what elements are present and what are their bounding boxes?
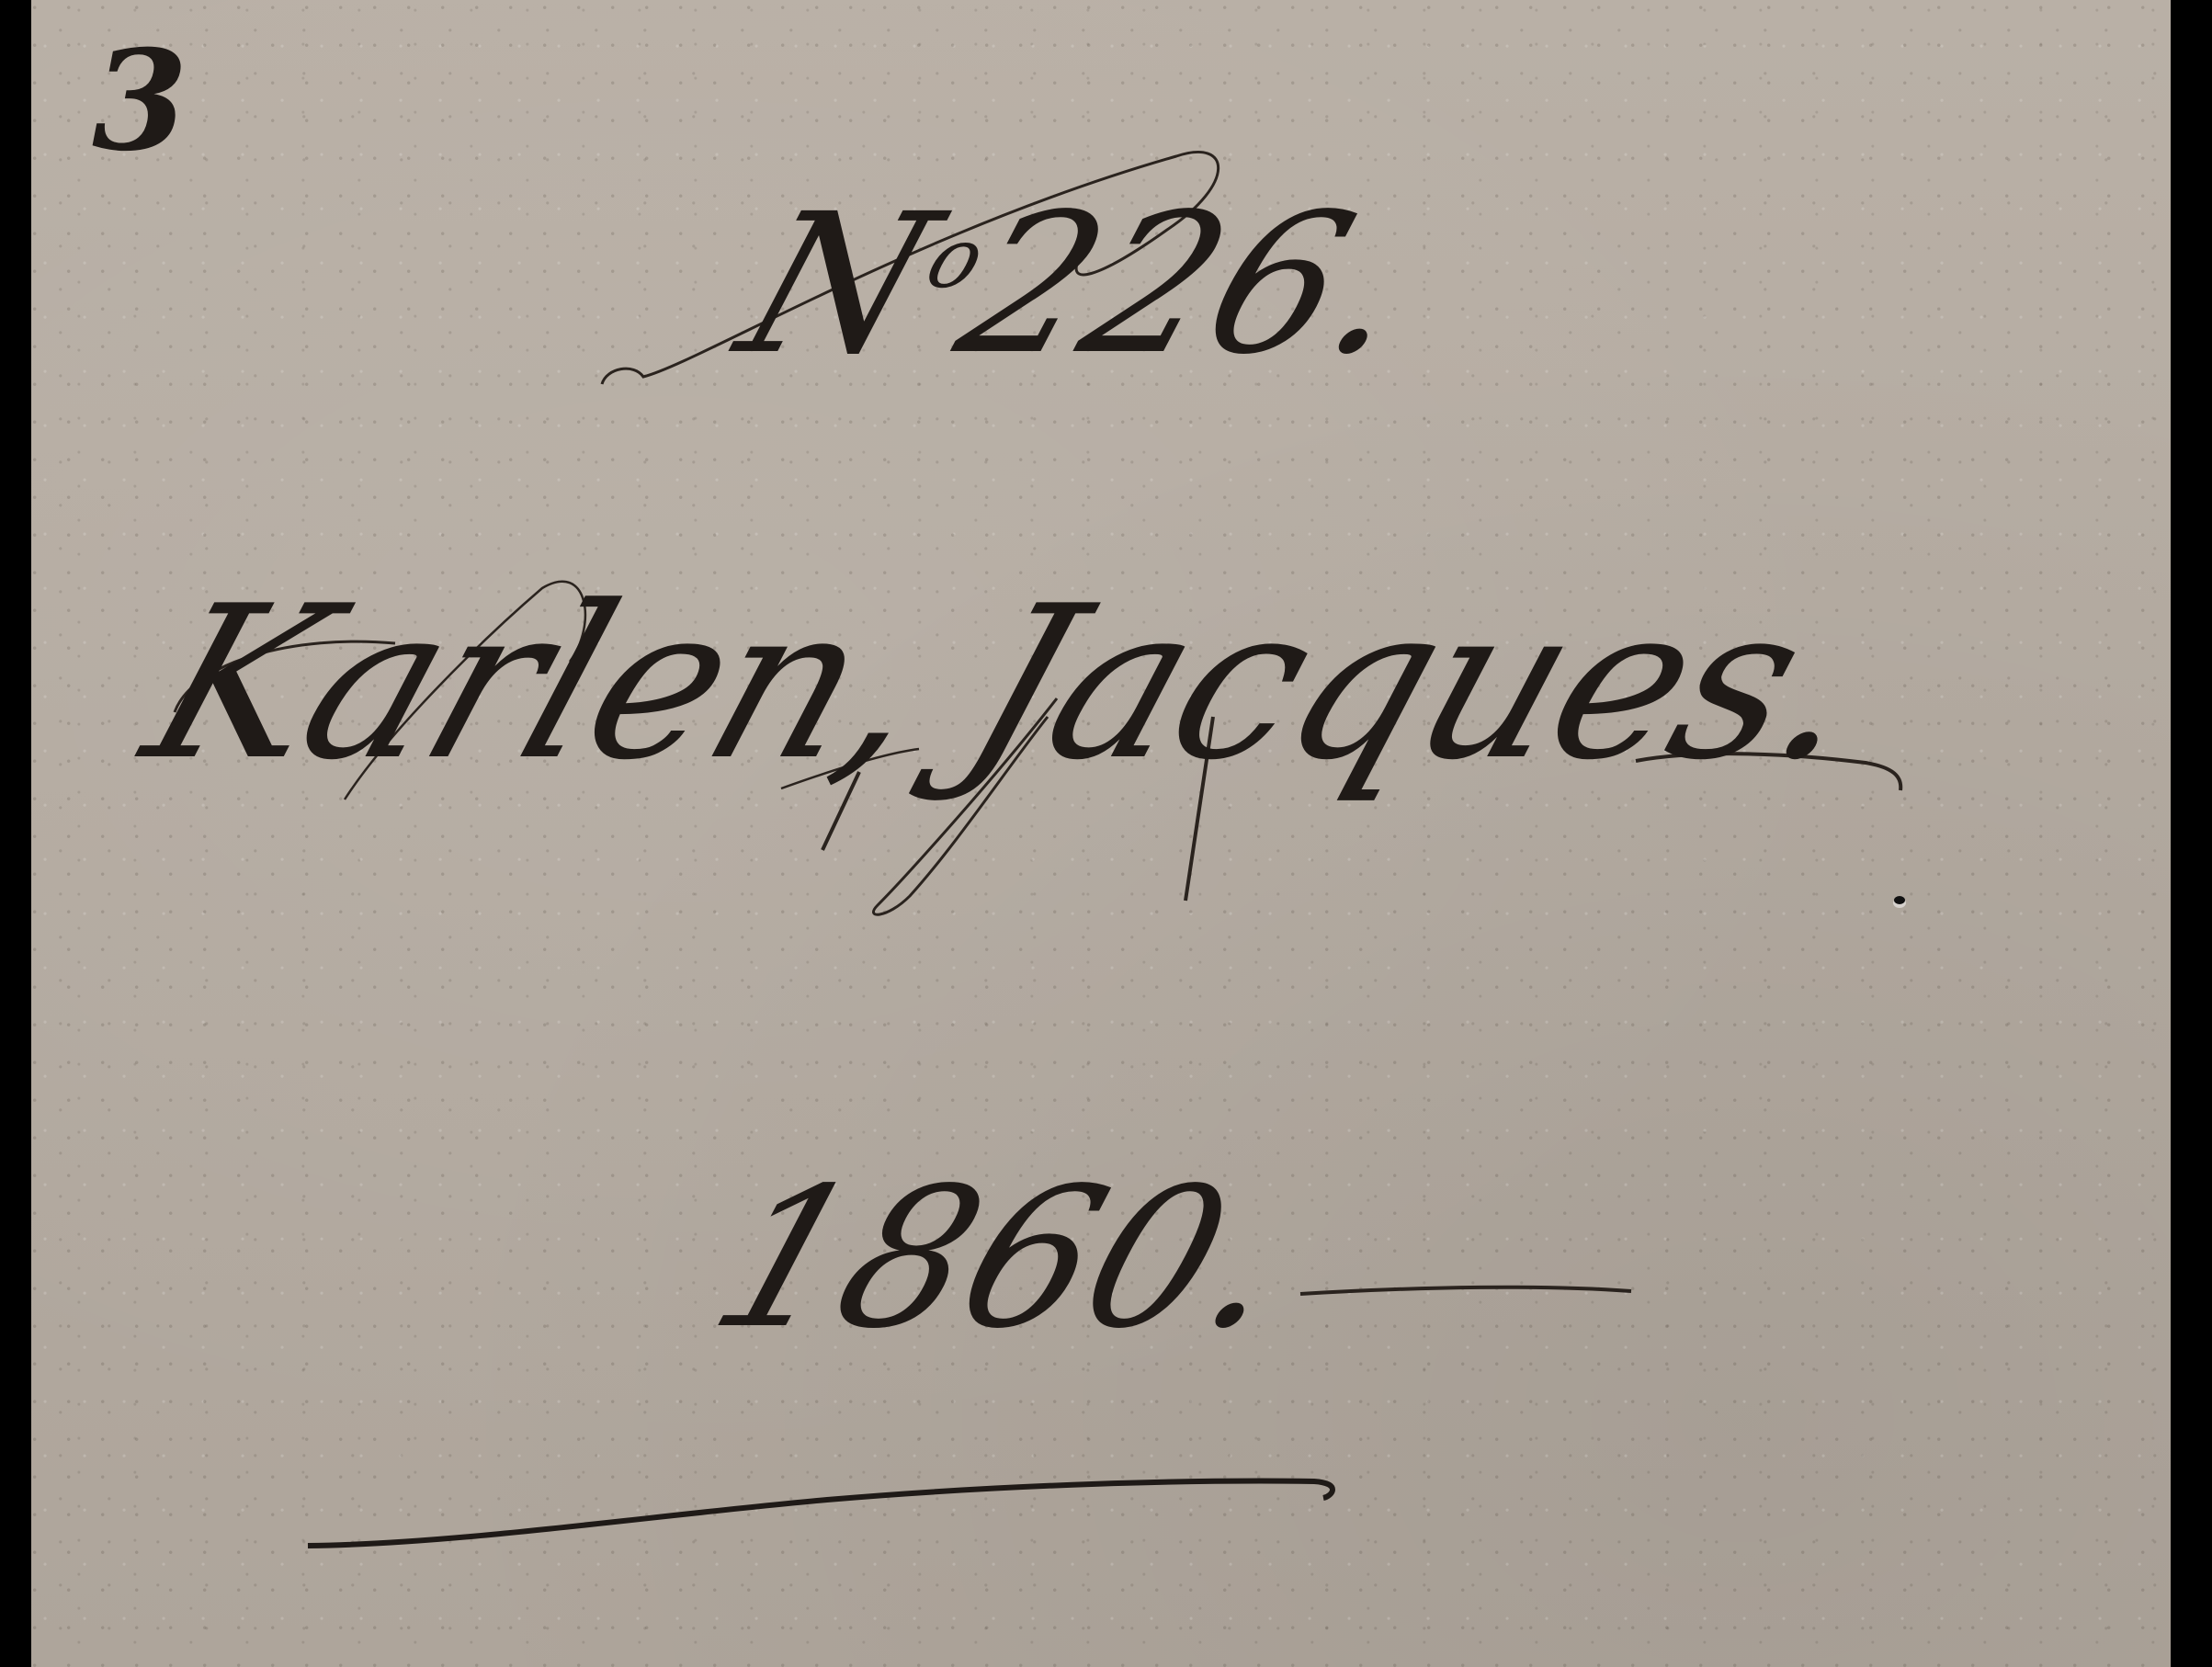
year-value: 1860	[689, 1146, 1253, 1371]
given-name: Jacques	[940, 561, 1828, 807]
year: 1860.	[695, 1162, 1310, 1355]
paper-pinhole	[1894, 896, 1905, 904]
surname: Karlen	[121, 561, 892, 807]
file-number: No226.	[722, 188, 1434, 381]
page-number: 3	[92, 32, 187, 170]
scan-frame: 3 No226. Karlen, Jacques. 1860.	[0, 0, 2212, 1667]
person-name: Karlen, Jacques.	[127, 579, 1886, 790]
file-number-value: 226	[936, 172, 1377, 397]
